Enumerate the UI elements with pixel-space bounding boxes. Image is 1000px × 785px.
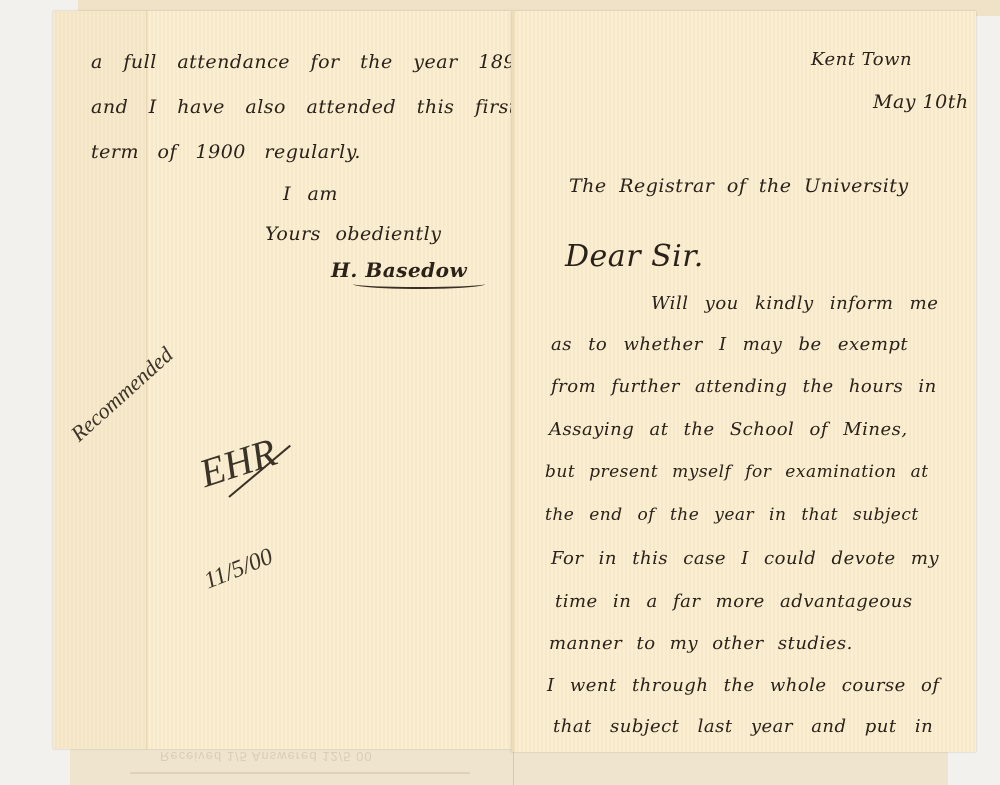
body-line-10: I went through the whole course of	[547, 675, 940, 696]
sender-address: Kent Town	[811, 49, 912, 70]
body-line-2: and I have also attended this first	[91, 96, 517, 118]
letter-page-right: Kent Town May 10th The Registrar of the …	[511, 11, 976, 752]
salutation: Dear Sir.	[565, 239, 704, 274]
faint-form-text: Received 1/5 Answered 12/5 00	[160, 749, 373, 764]
letter-date: May 10th	[873, 91, 969, 113]
body-line-3: from further attending the hours in	[551, 376, 937, 397]
annotation-date: 11/5/00	[201, 544, 277, 596]
body-line-1: Will you kindly inform me	[651, 293, 938, 314]
body-line-8: time in a far more advantageous	[555, 591, 913, 612]
body-line-2: as to whether I may be exempt	[551, 334, 908, 355]
page-spine	[511, 11, 517, 752]
body-line-1: a full attendance for the year 1899.	[91, 51, 535, 73]
body-line-5: but present myself for examination at	[545, 462, 929, 482]
body-line-11: that subject last year and put in	[553, 716, 933, 737]
closing-yours-obediently: Yours obediently	[265, 223, 441, 245]
body-line-4: Assaying at the School of Mines,	[549, 419, 908, 440]
form-rule-line	[130, 772, 470, 774]
body-line-3: term of 1900 regularly.	[91, 141, 361, 163]
closing-i-am: I am	[283, 183, 338, 205]
signature-flourish	[353, 279, 485, 289]
body-line-7: For in this case I could devote my	[551, 548, 939, 569]
body-line-6: the end of the year in that subject	[545, 505, 919, 525]
body-line-9: manner to my other studies.	[549, 633, 853, 654]
recipient: The Registrar of the University	[569, 175, 909, 197]
letter-page-left: a full attendance for the year 1899. and…	[53, 11, 511, 749]
